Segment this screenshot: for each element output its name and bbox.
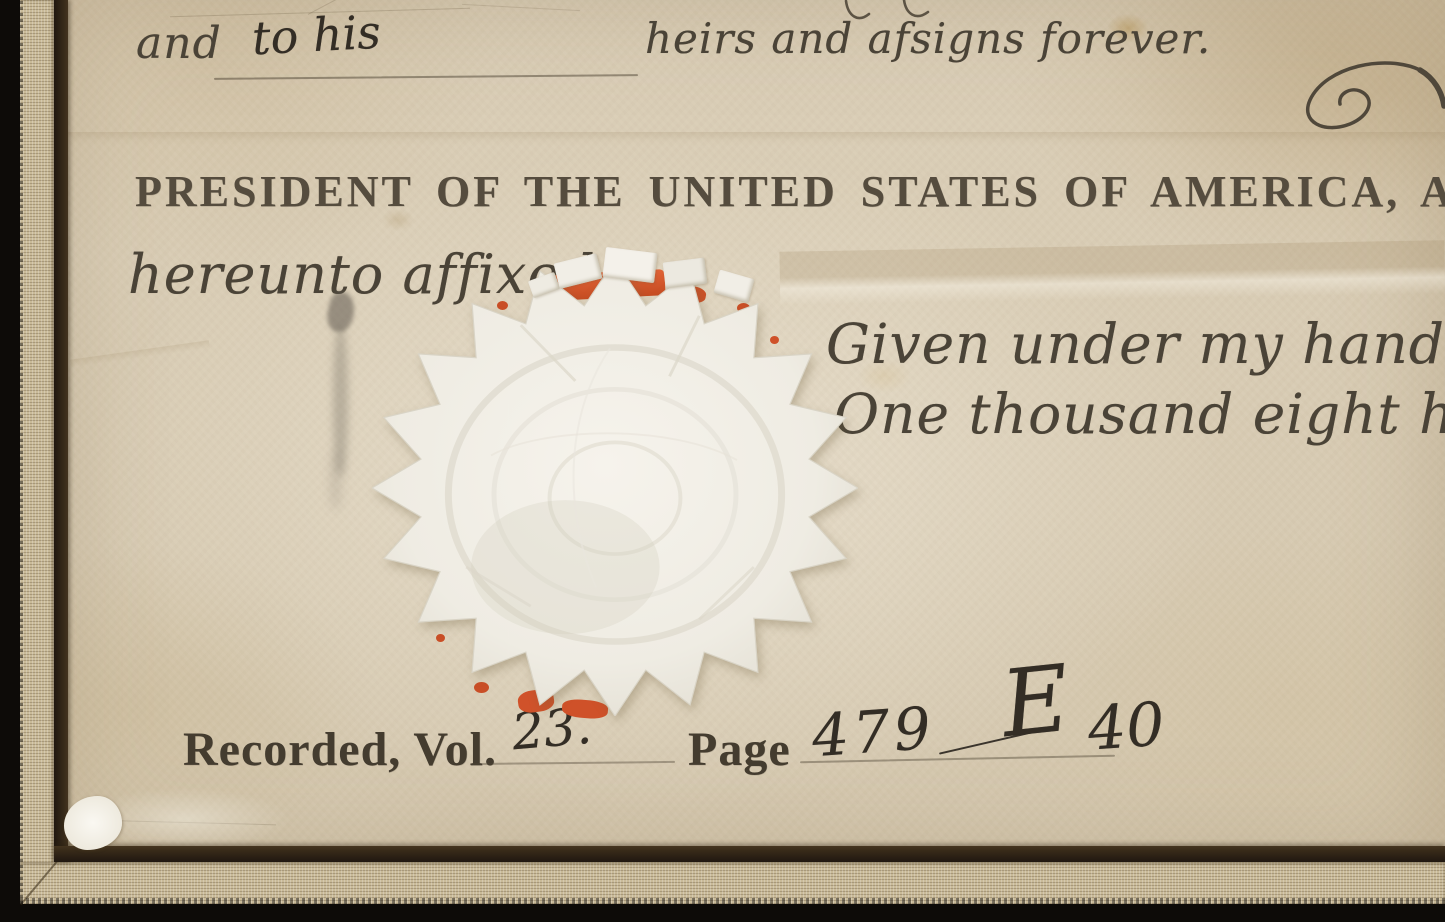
heirs-line-printed-start: and	[136, 18, 222, 69]
mat-pinked-edge-left	[18, 0, 23, 904]
page-label: Page	[688, 722, 791, 777]
clerk-annotation-number: 40	[1086, 689, 1167, 764]
frame-inner-bevel-left	[54, 0, 68, 862]
mat-pinked-edge-bottom	[20, 898, 1445, 904]
presidential-wafer-seal	[372, 260, 858, 716]
mat-fabric-left	[20, 0, 54, 904]
heirs-line-printed-end: heirs and afsigns forever.	[645, 14, 1211, 63]
framed-land-patent-photo: and to his heirs and afsigns forever. PR…	[0, 0, 1445, 922]
recorded-vol-label: Recorded, Vol.	[183, 722, 497, 777]
cursive-capital-flourish-icon	[1300, 58, 1445, 144]
given-line: Given under my hand, at th	[826, 312, 1445, 376]
heirs-line-handwritten-fill: to his	[251, 5, 382, 66]
seal-fold-bit-4	[663, 258, 708, 289]
date-line: One thousand eight hundred	[834, 382, 1445, 446]
frame-outer-left	[0, 0, 20, 922]
frame-inner-bevel-bottom	[54, 846, 1445, 862]
clerk-annotation-letter: E	[997, 645, 1075, 758]
president-line-partial-word: A	[1420, 166, 1445, 217]
frame-outer-bottom	[0, 904, 1445, 922]
seal-fold-bit-3	[602, 247, 657, 283]
president-line: PRESIDENT OF THE UNITED STATES OF AMERIC…	[135, 166, 1400, 217]
ink-smudge-fade	[330, 450, 341, 510]
